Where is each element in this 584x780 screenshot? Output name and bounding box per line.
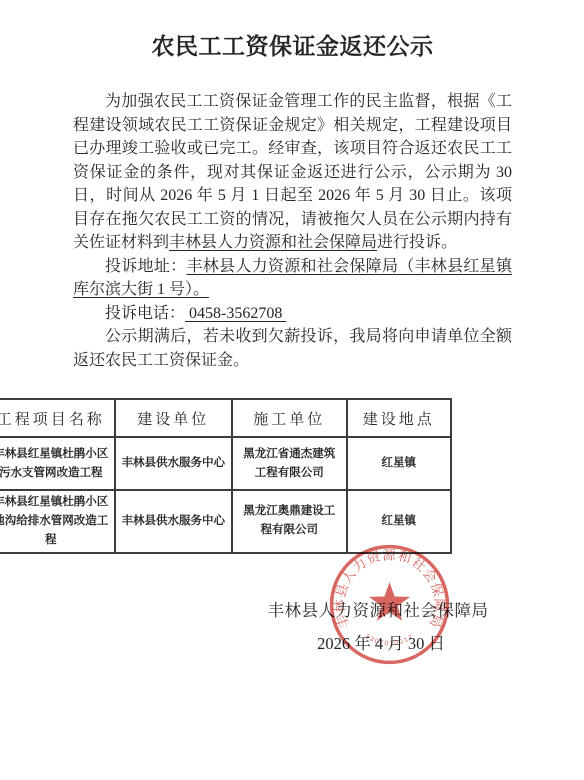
header-contractor-unit: 施工单位 xyxy=(232,399,347,437)
table-header-row: 工程项目名称 建设单位 施工单位 建设地点 xyxy=(0,399,451,437)
notice-document-page: 农民工工资保证金返还公示 为加强农民工工资保证金管理工作的民主监督，根据《工程建… xyxy=(0,0,584,780)
paragraph-main-tail: 进行投诉。 xyxy=(377,234,457,251)
paragraph-main: 为加强农民工工资保证金管理工作的民主监督，根据《工程建设领域农民工工资保证金规定… xyxy=(73,90,512,255)
cell-contractor-unit: 黑龙江省通杰建筑工程有限公司 xyxy=(232,437,347,490)
cell-project-name: 丰林县红星镇杜鹃小区污水支管网改造工程 xyxy=(0,437,115,490)
header-project-name: 工程项目名称 xyxy=(0,399,115,437)
page-title: 农民工工资保证金返还公示 xyxy=(73,34,512,60)
cell-construction-unit: 丰林县供水服务中心 xyxy=(115,490,232,553)
paragraph-closing: 公示期满后，若未收到欠薪投诉，我局将向申请单位全额返还农民工工资保证金。 xyxy=(73,325,512,372)
header-location: 建设地点 xyxy=(347,399,451,437)
cell-location: 红星镇 xyxy=(347,437,451,490)
official-seal: 丰林县人力资源和社会保障局 2307010017 xyxy=(328,543,451,666)
complaint-phone-label: 投诉电话： xyxy=(105,305,185,322)
paragraph-complaint-phone: 投诉电话： 0458-3562708 xyxy=(73,302,512,326)
complaint-address-label: 投诉地址： xyxy=(105,258,186,275)
paragraph-complaint-address: 投诉地址：丰林县人力资源和社会保障局（丰林县红星镇库尔滨大街 1 号）。 xyxy=(73,255,512,302)
projects-table: 工程项目名称 建设单位 施工单位 建设地点 丰林县红星镇杜鹃小区污水支管网改造工… xyxy=(0,398,452,554)
complaint-phone-value: 0458-3562708 xyxy=(185,305,286,322)
paragraph-main-lead: 为加强农民工工资保证金管理工作的民主监督，根据《工程建设领域农民工工资保证金规定… xyxy=(73,93,512,251)
paragraph-main-underlined-org: 丰林县人力资源和社会保障局 xyxy=(169,234,377,251)
table-row: 丰林县红星镇杜鹃小区污水支管网改造工程 丰林县供水服务中心 黑龙江省通杰建筑工程… xyxy=(0,437,451,490)
notice-body: 为加强农民工工资保证金管理工作的民主监督，根据《工程建设领域农民工工资保证金规定… xyxy=(73,90,512,372)
star-icon xyxy=(369,582,410,621)
cell-construction-unit: 丰林县供水服务中心 xyxy=(115,437,232,490)
seal-serial-number: 2307010017 xyxy=(364,633,416,647)
cell-project-name: 丰林县红星镇杜鹃小区地沟给排水管网改造工程 xyxy=(0,490,115,553)
header-construction-unit: 建设单位 xyxy=(115,399,232,437)
